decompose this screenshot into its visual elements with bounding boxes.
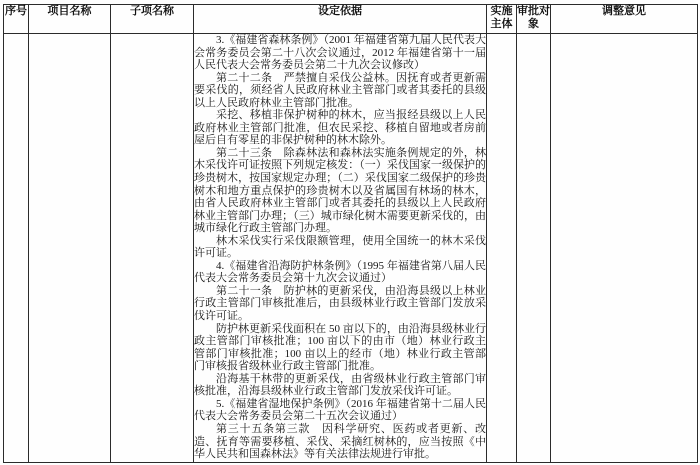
header-adjustment-opinion: 调整意见 [551, 5, 698, 34]
legal-paragraph: 采挖、移植非保护树种的林木，应当报经县级以上人民政府林业主管部门批准，但农民采挖… [194, 109, 486, 147]
legal-paragraph: 第二十三条 除森林法和森林法实施条例规定的外，林木采伐许可证按照下列规定核发：（… [194, 147, 486, 235]
legal-paragraph: 沿海基干林带的更新采伐，由省级林业行政主管部门审核批准，沿海县级林业行政主管部门… [194, 373, 486, 398]
cell-adjustment-opinion [551, 34, 698, 463]
legal-paragraph: 3.《福建省森林条例》（2001 年福建省第九届人民代表大会常务委员会第二十八次… [194, 34, 486, 72]
header-project-name: 项目名称 [29, 5, 111, 34]
header-serial-number: 序号 [4, 5, 29, 34]
setting-basis-text: 3.《福建省森林条例》（2001 年福建省第九届人民代表大会常务委员会第二十八次… [194, 34, 486, 461]
legal-paragraph: 第二十二条 严禁擅自采伐公益林。因抚育或者更新需要采伐的，须经省人民政府林业主管… [194, 72, 486, 110]
cell-implementing-body [487, 34, 517, 463]
cell-serial-number [4, 34, 29, 463]
cell-setting-basis: 3.《福建省森林条例》（2001 年福建省第九届人民代表大会常务委员会第二十八次… [194, 34, 487, 463]
legal-paragraph: 防护林更新采伐面积在 50 亩以下的，由沿海县级林业行政主管部门审核批准；100… [194, 323, 486, 373]
cell-approval-target [517, 34, 551, 463]
legal-paragraph: 5.《福建省湿地保护条例》（2016 年福建省第十二届人民代表大会常务委员会第二… [194, 398, 486, 423]
header-setting-basis: 设定依据 [194, 5, 487, 34]
header-implementing-body: 实施主体 [487, 5, 517, 34]
cell-project-name [29, 34, 111, 463]
header-subitem-name: 子项名称 [111, 5, 194, 34]
legal-paragraph: 林木采伐实行采伐限额管理，使用全国统一的林木采伐许可证。 [194, 235, 486, 260]
table-row: 3.《福建省森林条例》（2001 年福建省第九届人民代表大会常务委员会第二十八次… [4, 34, 698, 463]
approval-items-table: 序号 项目名称 子项名称 设定依据 实施主体 审批对象 调整意见 3.《福建省森… [3, 4, 698, 463]
legal-paragraph: 第二十一条 防护林的更新采伐，由沿海县级以上林业行政主管部门审核批准后，由县级林… [194, 285, 486, 323]
table-header-row: 序号 项目名称 子项名称 设定依据 实施主体 审批对象 调整意见 [4, 5, 698, 34]
cell-subitem-name [111, 34, 194, 463]
legal-paragraph: 第三十五条第三款 因科学研究、医药或者更新、改造、抚育等需要移植、采伐、采摘红树… [194, 423, 486, 461]
header-approval-target: 审批对象 [517, 5, 551, 34]
legal-paragraph: 4.《福建省沿海防护林条例》（1995 年福建省第八届人民代表大会常务委员会第十… [194, 260, 486, 285]
scanned-document-page: 序号 项目名称 子项名称 设定依据 实施主体 审批对象 调整意见 3.《福建省森… [0, 0, 700, 465]
